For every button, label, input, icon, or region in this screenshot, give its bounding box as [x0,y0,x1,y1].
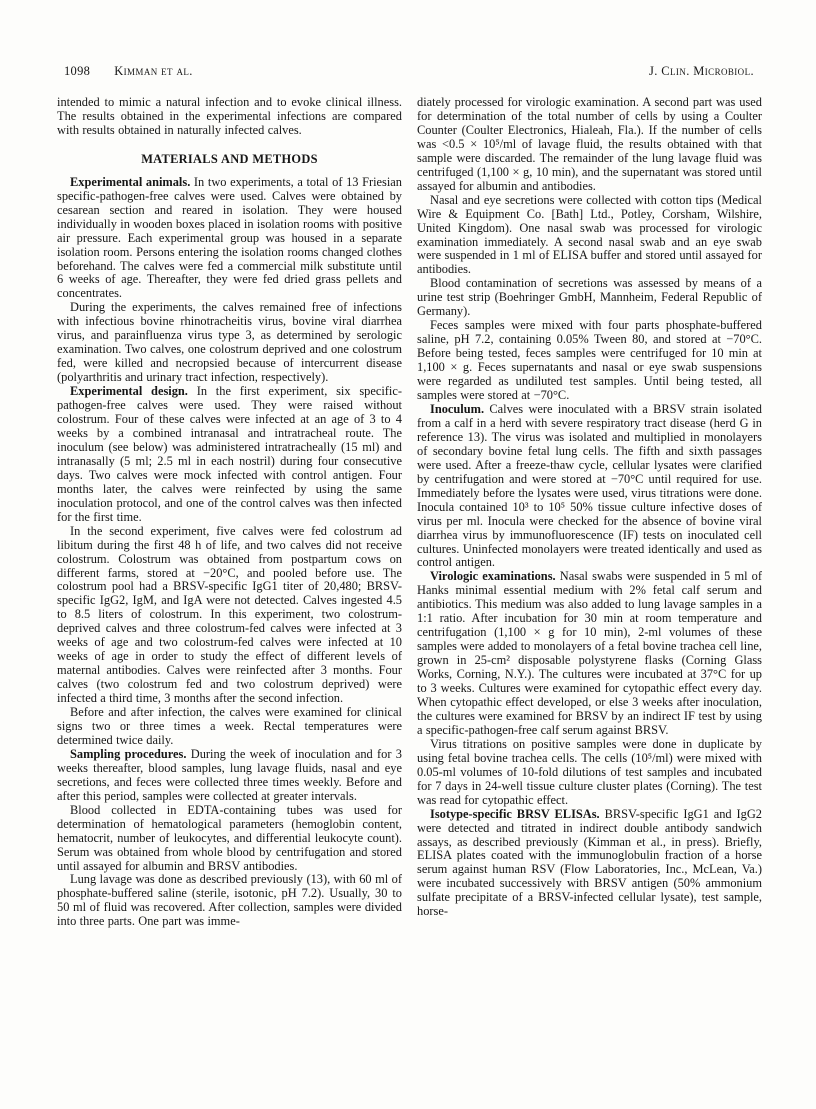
paragraph-text: In two experiments, a total of 13 Friesi… [57,175,402,301]
paragraph: diately processed for virologic examinat… [417,96,762,194]
paragraph-text: Calves were inoculated with a BRSV strai… [417,402,762,569]
paragraph-text: Before and after infection, the calves w… [57,705,402,747]
paragraph: Blood contamination of secretions was as… [417,277,762,319]
paragraph-lead: Inoculum. [430,402,484,416]
paragraph: Feces samples were mixed with four parts… [417,319,762,403]
paragraph-text: Feces samples were mixed with four parts… [417,318,762,402]
paragraph: Virus titrations on positive samples wer… [417,738,762,808]
paragraph-text: Virus titrations on positive samples wer… [417,737,762,807]
paragraph: Lung lavage was done as described previo… [57,873,402,929]
paragraph-lead: Isotype-specific BRSV ELISAs. [430,807,600,821]
paragraph-text: diately processed for virologic examinat… [417,95,762,193]
paragraph: During the experiments, the calves remai… [57,301,402,385]
paragraph: Experimental design. In the first experi… [57,385,402,525]
paragraph: In the second experiment, five calves we… [57,525,402,706]
section-heading: MATERIALS AND METHODS [57,153,402,167]
paragraph-lead: Experimental design. [70,384,188,398]
paragraph: Inoculum. Calves were inoculated with a … [417,403,762,570]
paragraph: Blood collected in EDTA-containing tubes… [57,804,402,874]
paragraph: Virologic examinations. Nasal swabs were… [417,570,762,737]
running-head: 1098 Kimman et al. J. Clin. Microbiol. [64,65,754,78]
paragraph-text: BRSV-specific IgG1 and IgG2 were detecte… [417,807,762,919]
paragraph: Before and after infection, the calves w… [57,706,402,748]
paragraph: Nasal and eye secretions were collected … [417,194,762,278]
journal-page: 1098 Kimman et al. J. Clin. Microbiol. i… [0,0,816,1109]
paragraph: intended to mimic a natural infection an… [57,96,402,138]
running-head-authors: Kimman et al. [114,65,193,78]
paragraph-text: intended to mimic a natural infection an… [57,95,402,137]
paragraph-text: Nasal swabs were suspended in 5 ml of Ha… [417,569,762,736]
paragraph: Experimental animals. In two experiments… [57,176,402,302]
paragraph-text: Blood contamination of secretions was as… [417,276,762,318]
paragraph-lead: Experimental animals. [70,175,190,189]
paragraph-lead: Virologic examinations. [430,569,556,583]
paragraph-text: During the experiments, the calves remai… [57,300,402,384]
paragraph-text: Nasal and eye secretions were collected … [417,193,762,277]
paragraph-text: Blood collected in EDTA-containing tubes… [57,803,402,873]
paragraph: Isotype-specific BRSV ELISAs. BRSV-speci… [417,808,762,920]
paragraph-text: In the first experiment, six specific-pa… [57,384,402,524]
paragraph-lead: Sampling procedures. [70,747,186,761]
left-column: intended to mimic a natural infection an… [57,96,402,929]
page-number: 1098 [64,65,90,78]
right-column: diately processed for virologic examinat… [417,96,762,919]
running-head-left: 1098 Kimman et al. [64,65,193,78]
paragraph: Sampling procedures. During the week of … [57,748,402,804]
running-head-journal: J. Clin. Microbiol. [649,65,754,78]
paragraph-text: In the second experiment, five calves we… [57,524,402,705]
paragraph-text: Lung lavage was done as described previo… [57,872,402,928]
